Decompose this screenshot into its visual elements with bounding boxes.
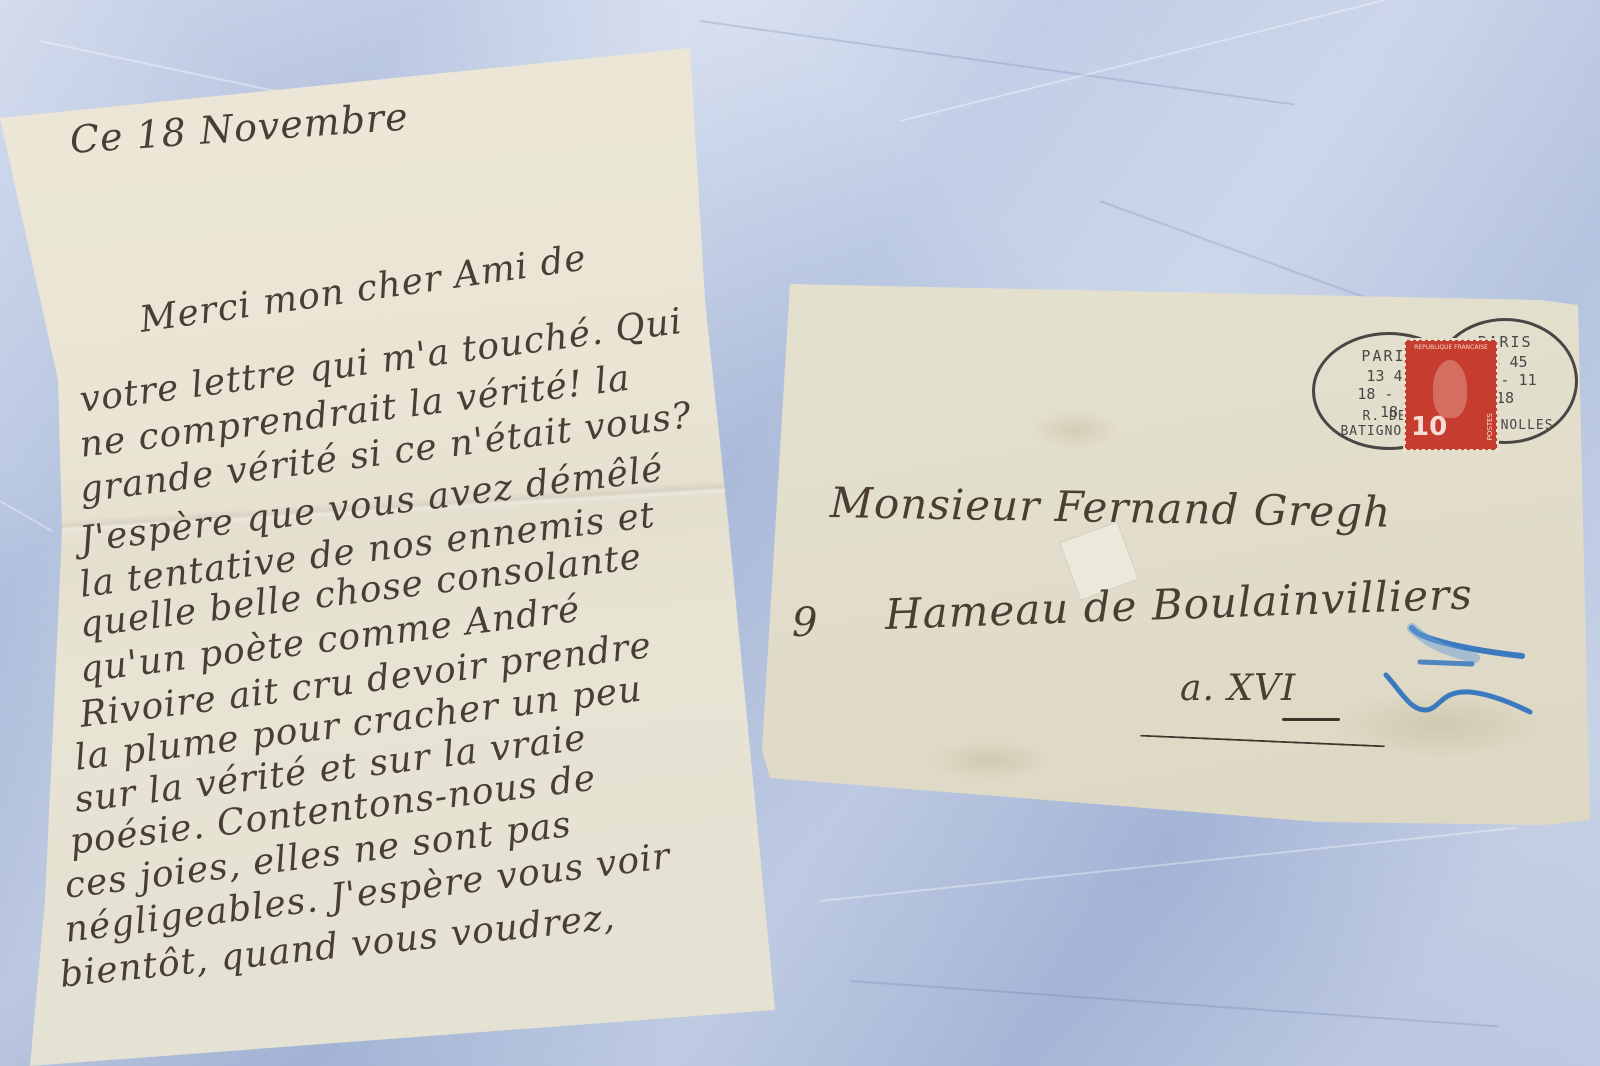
recipient-name: Monsieur Fernand Gregh bbox=[830, 478, 1392, 537]
district: a. XVI bbox=[1180, 668, 1296, 709]
envelope-stain bbox=[930, 740, 1050, 780]
stamp-postes-label: POSTES bbox=[1486, 413, 1494, 440]
district-underline bbox=[1282, 718, 1340, 721]
envelope-stain bbox=[1030, 410, 1120, 450]
sower-figure-icon bbox=[1433, 360, 1467, 418]
stamp-value: 10 bbox=[1411, 412, 1447, 442]
stamp-header: REPUBLIQUE FRANCAISE bbox=[1409, 344, 1493, 351]
svg-text:51: 51 bbox=[1440, 689, 1442, 691]
handwritten-letter: Ce 18 Novembre Merci mon cher Ami de vot… bbox=[0, 0, 800, 1066]
postage-stamp: REPUBLIQUE FRANCAISE 10 POSTES bbox=[1405, 340, 1497, 450]
blue-crayon-mark: 51 bbox=[1380, 620, 1540, 730]
street-number: 9 bbox=[792, 600, 818, 646]
